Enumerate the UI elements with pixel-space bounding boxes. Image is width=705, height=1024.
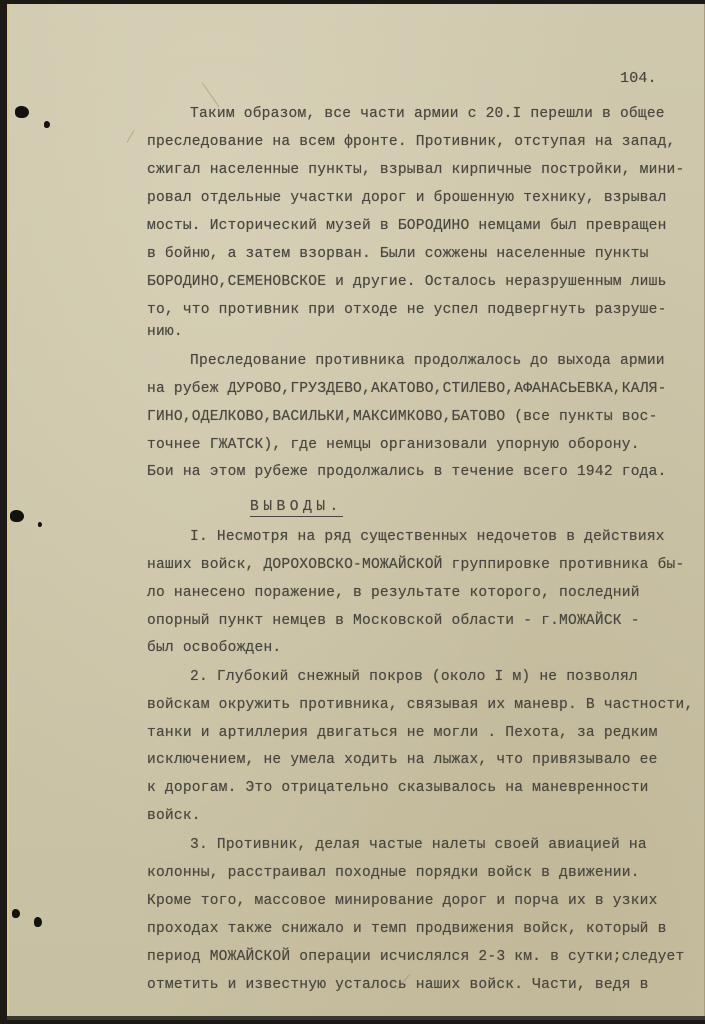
paper-scratch	[127, 130, 135, 143]
text-line: исключением, не умела ходить на лыжах, ч…	[147, 750, 705, 770]
text-line: 3. Противник, делая частые налеты своей …	[190, 835, 705, 855]
text-line: то, что противник при отходе не успел по…	[147, 300, 705, 320]
punch-hole-bottom	[12, 909, 20, 918]
page-number: 104.	[620, 70, 657, 87]
text-line: проходах также снижало и темп продвижени…	[147, 919, 705, 939]
text-line: ГИНО,ОДЕЛКОВО,ВАСИЛЬКИ,МАКСИМКОВО,БАТОВО…	[147, 407, 705, 427]
text-line: к дорогам. Это отрицательно сказывалось …	[147, 778, 705, 798]
text-line: сжигал населенные пункты, взрывал кирпич…	[147, 160, 705, 180]
text-line: преследование на всем фронте. Противник,…	[147, 132, 705, 152]
text-line: нию.	[147, 322, 705, 342]
text-line: в бойню, а затем взорван. Были сожжены н…	[147, 244, 705, 264]
text-line: опорный пункт немцев в Московской област…	[147, 611, 705, 631]
text-line: точнее ГЖАТСК), где немцы организовали у…	[147, 435, 705, 455]
text-line: Преследование противника продолжалось до…	[190, 351, 705, 371]
text-line: Таким образом, все части армии с 20.I пе…	[190, 104, 705, 124]
text-line: был освобожден.	[147, 638, 705, 658]
text-line: ровал отдельные участки дорог и брошенну…	[147, 188, 705, 208]
punch-hole-middle-small	[38, 522, 42, 527]
punch-hole-middle	[10, 510, 24, 522]
punch-hole-bottom-2	[34, 917, 42, 927]
text-line: I. Несмотря на ряд существенных недочето…	[190, 527, 705, 547]
text-line: мосты. Исторический музей в БОРОДИНО нем…	[147, 216, 705, 236]
page-bottom-edge	[7, 1016, 705, 1020]
text-line: войскам окружить противника, связывая их…	[147, 695, 705, 715]
text-line: танки и артиллерия двигаться не могли . …	[147, 723, 705, 743]
text-line: период МОЖАЙСКОЙ операции исчислялся 2-3…	[147, 947, 705, 967]
text-line: колонны, расстраивал походные порядки во…	[147, 863, 705, 883]
text-line: 2. Глубокий снежный покров (около I м) н…	[190, 667, 705, 687]
text-line: Кроме того, массовое минирование дорог и…	[147, 891, 705, 911]
text-line: наших войск, ДОРОХОВСКО-МОЖАЙСКОЙ группи…	[147, 555, 705, 575]
text-line: на рубеж ДУРОВО,ГРУЗДЕВО,АКАТОВО,СТИЛЕВО…	[147, 379, 705, 399]
text-line: войск.	[147, 806, 705, 826]
punch-hole-top	[15, 106, 29, 118]
text-line: Бои на этом рубеже продолжались в течени…	[147, 462, 705, 482]
document-page: 104. Таким образом, все части армии с 20…	[7, 4, 705, 1020]
conclusions-heading: ВЫВОДЫ.	[250, 498, 343, 517]
punch-hole-top-small	[44, 121, 50, 128]
text-line: ло нанесено поражение, в результате кото…	[147, 583, 705, 603]
text-line: отметить и известную усталось наших войс…	[147, 975, 705, 995]
text-line: БОРОДИНО,СЕМЕНОВСКОЕ и другие. Осталось …	[147, 272, 705, 292]
